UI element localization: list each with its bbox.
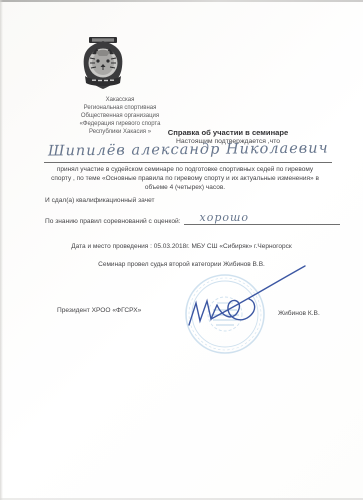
grade-row: По знанию правил соревнований с оценкой:… bbox=[45, 211, 340, 225]
participant-name-handwritten: Шипилёв александр Николаевич bbox=[48, 141, 329, 160]
president-name: Жибинов К.В. bbox=[278, 310, 320, 317]
org-line: Хакасская bbox=[34, 96, 206, 104]
participant-name-line: Шипилёв александр Николаевич bbox=[44, 141, 332, 163]
signature-stroke bbox=[183, 263, 309, 335]
president-label: Президент ХРОО «ФГСРХ» bbox=[57, 307, 141, 314]
certificate-title: Справка об участии в семинаре bbox=[112, 128, 344, 137]
body-line: принял участие в судейском семинаре по п… bbox=[40, 165, 330, 174]
qualification-line: И сдал(а) квалификационный зачет bbox=[45, 197, 155, 204]
scan-top-edge bbox=[0, 0, 363, 2]
grade-value-handwritten: хорошо bbox=[200, 211, 250, 224]
org-line: Региональная спортивная bbox=[34, 104, 206, 112]
body-line: объеме 4 (четырех) часов. bbox=[40, 183, 330, 192]
certificate-body: принял участие в судейском семинаре по п… bbox=[40, 165, 330, 192]
grade-label: По знанию правил соревнований с оценкой: bbox=[45, 218, 181, 225]
scan-left-edge bbox=[0, 0, 3, 500]
grade-underline: хорошо bbox=[184, 211, 340, 225]
tiger-crest-icon bbox=[76, 36, 130, 92]
date-place-line: Дата и место проведения : 05.03.2018г. М… bbox=[20, 243, 343, 250]
body-line: спорту , по теме «Основные правила по ги… bbox=[40, 174, 330, 183]
org-line: «Федерация гиревого спорта bbox=[34, 120, 206, 128]
org-line: Общественная организация bbox=[34, 112, 206, 120]
certificate-scan-page: Хакасская Региональная спортивная Общест… bbox=[0, 0, 363, 500]
